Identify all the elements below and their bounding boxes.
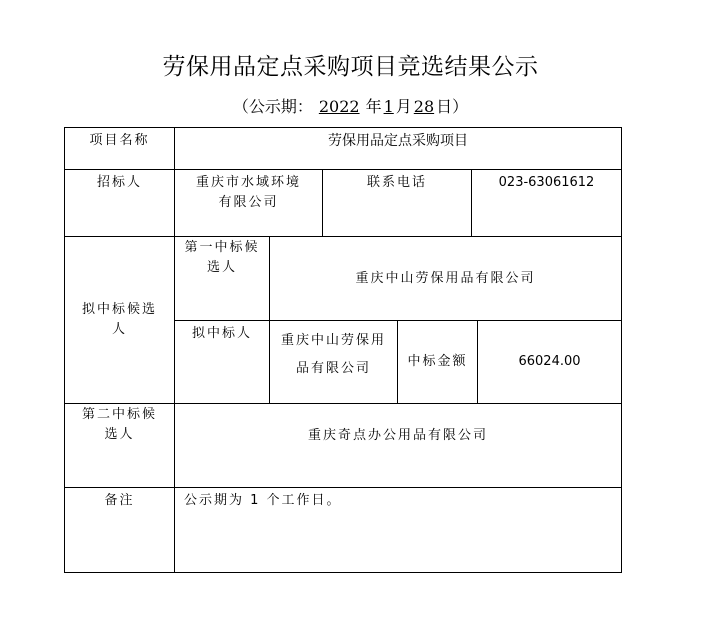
proposed-winner-label: 拟中标人 [174,320,270,404]
proposed-winner-value-line2: 品有限公司 [270,355,397,383]
notice-day: 28 [412,97,436,116]
notice-period: （公示期：2022年1月28日） [0,94,701,117]
proposed-candidates-label-line1: 拟中标候选 [82,300,157,320]
remarks-label: 备注 [64,487,175,573]
notice-year: 2022 [313,97,366,116]
contact-phone-value: 023-63061612 [471,169,622,237]
tenderer-value-line1: 重庆市水域环境 [175,173,322,193]
day-unit: 日 [436,97,452,116]
second-candidate-label-line2: 选人 [65,425,174,445]
second-candidate-value: 重庆奇点办公用品有限公司 [174,403,622,488]
year-unit: 年 [366,97,382,116]
notice-period-suffix: ） [452,97,468,116]
notice-month: 1 [382,97,396,116]
tenderer-value: 重庆市水域环境 有限公司 [174,169,323,237]
first-candidate-value: 重庆中山劳保用品有限公司 [269,236,622,321]
project-name-value: 劳保用品定点采购项目 [174,127,622,170]
proposed-winner-value-line1: 重庆中山劳保用 [270,327,397,355]
first-candidate-label: 第一中标候 选人 [174,236,270,321]
project-name-label: 项目名称 [64,127,175,170]
tenderer-label: 招标人 [64,169,175,237]
second-candidate-label: 第二中标候 选人 [64,403,175,488]
bid-amount-label: 中标金额 [397,320,478,404]
month-unit: 月 [396,97,412,116]
document-title: 劳保用品定点采购项目竞选结果公示 [0,48,701,81]
proposed-candidates-label-line2: 人 [112,320,127,340]
first-candidate-label-line2: 选人 [175,258,269,278]
tenderer-value-line2: 有限公司 [175,193,322,213]
proposed-candidates-label: 拟中标候选 人 [64,236,175,404]
remarks-value: 公示期为 1 个工作日。 [174,487,622,573]
second-candidate-label-line1: 第二中标候 [65,405,174,425]
first-candidate-label-line1: 第一中标候 [175,238,269,258]
proposed-winner-value: 重庆中山劳保用 品有限公司 [269,320,398,404]
bid-amount-value: 66024.00 [477,320,622,404]
notice-period-prefix: （公示期： [233,97,313,116]
contact-phone-label: 联系电话 [322,169,472,237]
